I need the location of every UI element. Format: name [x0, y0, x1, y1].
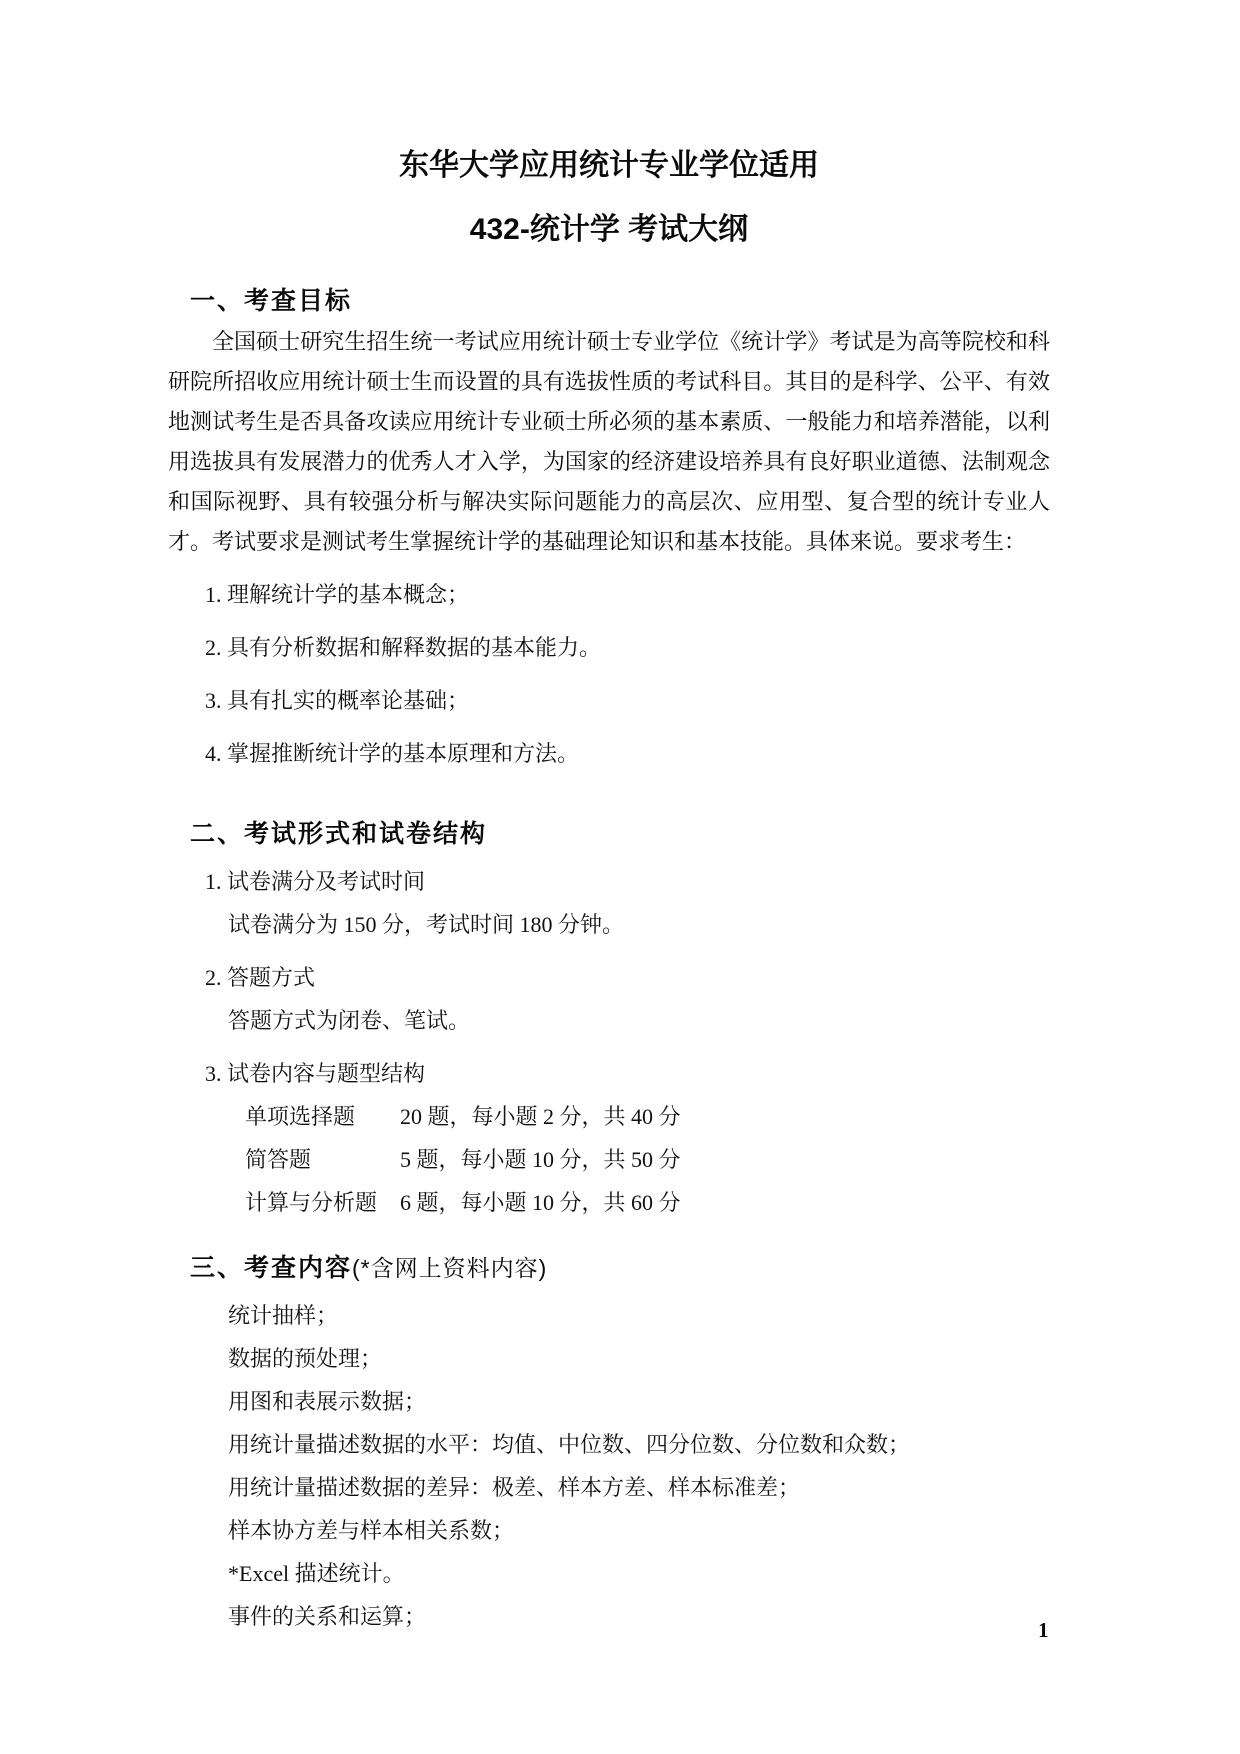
- topic-item: 用图和表展示数据；: [228, 1382, 1050, 1422]
- list-item: 3. 试卷内容与题型结构: [205, 1054, 1050, 1094]
- list-item: 2. 具有分析数据和解释数据的基本能力。: [205, 628, 1050, 668]
- section1-heading: 一、考查目标: [190, 286, 1050, 316]
- list-item: 3. 具有扎实的概率论基础；: [205, 681, 1050, 721]
- list-item: 2. 答题方式: [205, 958, 1050, 998]
- table-row: 单项选择题 20 题，每小题 2 分，共 40 分: [245, 1097, 1050, 1137]
- question-type-detail: 20 题，每小题 2 分，共 40 分: [400, 1097, 1050, 1137]
- list-item: 1. 理解统计学的基本概念；: [205, 575, 1050, 615]
- question-type-label: 简答题: [245, 1140, 400, 1180]
- section-exam-objectives: 一、考查目标 全国硕士研究生招生统一考试应用统计硕士专业学位《统计学》考试是为高…: [168, 286, 1050, 774]
- topic-item: 用统计量描述数据的水平：均值、中位数、四分位数、分位数和众数；: [228, 1425, 1050, 1465]
- table-row: 简答题 5 题，每小题 10 分，共 50 分: [245, 1140, 1050, 1180]
- question-type-detail: 6 题，每小题 10 分，共 60 分: [400, 1183, 1050, 1223]
- section3-heading-note: (*含网上资料内容): [352, 1255, 547, 1281]
- question-type-label: 计算与分析题: [245, 1183, 400, 1223]
- list-item-detail: 试卷满分为 150 分，考试时间 180 分钟。: [228, 905, 1050, 945]
- topic-item: 用统计量描述数据的差异：极差、样本方差、样本标准差；: [228, 1468, 1050, 1508]
- list-item: 4. 掌握推断统计学的基本原理和方法。: [205, 734, 1050, 774]
- section3-heading: 三、考查内容(*含网上资料内容): [190, 1253, 1050, 1283]
- section1-paragraph: 全国硕士研究生招生统一考试应用统计硕士专业学位《统计学》考试是为高等院校和科研院…: [168, 322, 1050, 562]
- section2-heading: 二、考试形式和试卷结构: [190, 819, 1050, 849]
- topic-item: 统计抽样；: [228, 1296, 1050, 1336]
- list-item: 1. 试卷满分及考试时间: [205, 862, 1050, 902]
- page-title: 东华大学应用统计专业学位适用: [168, 148, 1050, 184]
- topic-item: *Excel 描述统计。: [228, 1554, 1050, 1594]
- table-row: 计算与分析题 6 题，每小题 10 分，共 60 分: [245, 1183, 1050, 1223]
- document-content: 东华大学应用统计专业学位适用 432-统计学 考试大纲 一、考查目标 全国硕士研…: [168, 0, 1050, 1637]
- page-subtitle: 432-统计学 考试大纲: [168, 212, 1050, 248]
- page-number: 1: [1038, 1618, 1049, 1643]
- section-exam-content: 三、考查内容(*含网上资料内容) 统计抽样； 数据的预处理； 用图和表展示数据；…: [168, 1253, 1050, 1637]
- question-type-label: 单项选择题: [245, 1097, 400, 1137]
- document-page: 东华大学应用统计专业学位适用 432-统计学 考试大纲 一、考查目标 全国硕士研…: [0, 0, 1240, 1754]
- topic-item: 样本协方差与样本相关系数；: [228, 1511, 1050, 1551]
- topic-item: 事件的关系和运算；: [228, 1597, 1050, 1637]
- topic-item: 数据的预处理；: [228, 1339, 1050, 1379]
- list-item-detail: 答题方式为闭卷、笔试。: [228, 1001, 1050, 1041]
- section-exam-format: 二、考试形式和试卷结构 1. 试卷满分及考试时间 试卷满分为 150 分，考试时…: [168, 819, 1050, 1223]
- section3-heading-main: 三、考查内容: [190, 1254, 352, 1282]
- question-type-detail: 5 题，每小题 10 分，共 50 分: [400, 1140, 1050, 1180]
